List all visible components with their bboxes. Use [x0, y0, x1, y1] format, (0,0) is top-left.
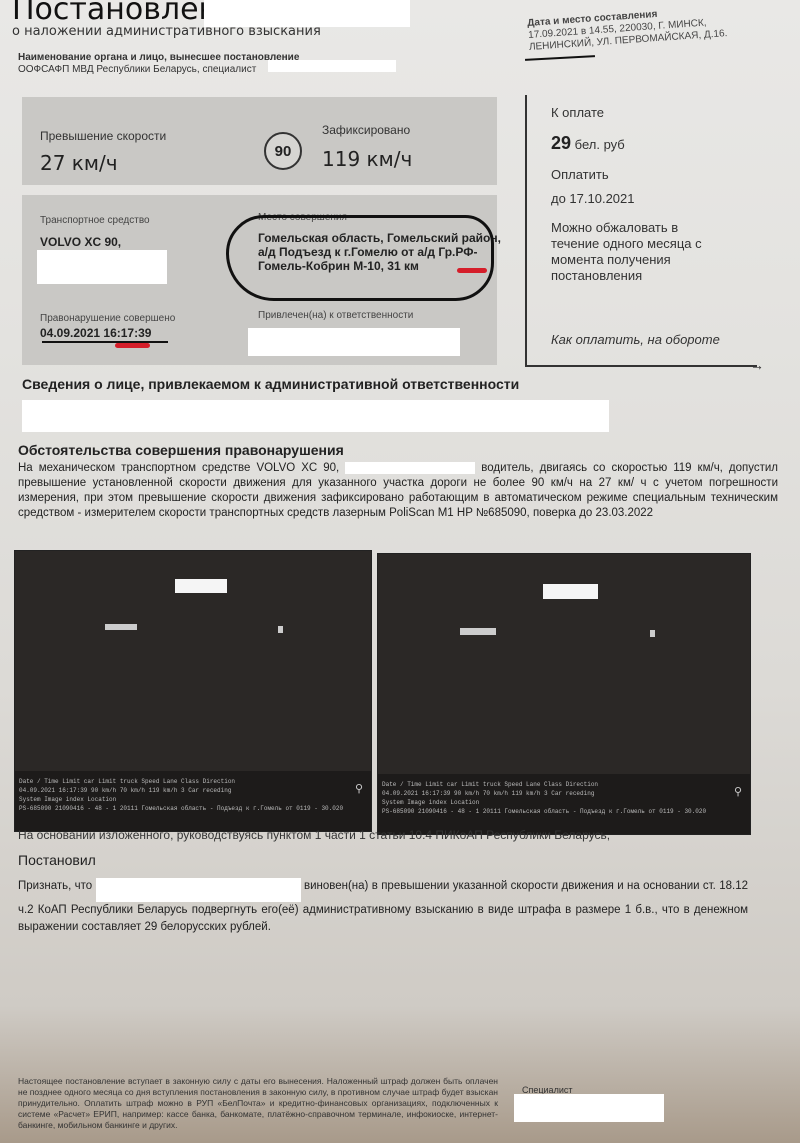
vehicle-value: VOLVO XC 90, [40, 235, 121, 249]
overlay-values: 04.09.2021 16:17:39 90 km/h 70 km/h 119 … [382, 789, 746, 798]
appeal-info: Можно обжаловать в течение одного месяца… [551, 220, 721, 284]
how-to-pay-link[interactable]: Как оплатить, на обороте [551, 332, 720, 347]
excess-label: Превышение скорости [40, 129, 166, 143]
date-place-block: Дата и место составления 17.09.2021 в 14… [527, 4, 728, 54]
redacted-plate-photo [543, 584, 598, 599]
recorded-value: 119 км/ч [322, 147, 412, 171]
redacted-plate [37, 250, 167, 284]
decision-text-part1: Признать, что [18, 880, 92, 892]
redacted-name-inline [96, 878, 301, 902]
overlay-values2: PS-685090 21090416 - 48 - 1 20111 Гомель… [19, 804, 367, 813]
red-marker-annotation [115, 343, 150, 348]
redacted-person-info [22, 400, 609, 432]
amount-row: 29 бел. руб [551, 133, 625, 154]
redacted-liable-person [248, 328, 460, 356]
location-pin-icon: ⚲ [355, 782, 363, 795]
redacted-number [204, 0, 410, 27]
legal-notice: Настоящее постановление вступает в закон… [18, 1076, 498, 1131]
speed-card: Превышение скорости 27 км/ч Зафиксирован… [22, 97, 497, 185]
overlay-values: 04.09.2021 16:17:39 90 km/h 70 km/h 119 … [19, 786, 367, 795]
headlight-marker [278, 626, 283, 633]
issuing-authority-label: Наименование органа и лицо, вынесшее пос… [18, 52, 299, 63]
red-marker-annotation [457, 268, 487, 273]
redacted-plate-photo [175, 579, 227, 593]
camera-info-overlay: Date / Time Limit car Limit truck Speed … [15, 771, 371, 831]
handwritten-circle-annotation [226, 215, 494, 301]
document-subtitle: о наложении административного взыскания [12, 24, 321, 39]
redacted-specialist-signature [514, 1094, 664, 1122]
overlay-header2: System Image index Location [19, 795, 367, 804]
redacted-specialist-name [268, 60, 396, 72]
overlay-values2: PS-685090 21090416 - 48 - 1 20111 Гомель… [382, 807, 746, 816]
camera-info-overlay: Date / Time Limit car Limit truck Speed … [378, 774, 750, 834]
excess-value: 27 км/ч [40, 151, 118, 175]
basis-text: На основании изложенного, руководствуясь… [18, 828, 610, 842]
offense-time-label: Правонарушение совершено [40, 313, 175, 324]
handwritten-underline [525, 55, 595, 61]
currency-label: бел. руб [575, 137, 625, 152]
camera-photo-1: Date / Time Limit car Limit truck Speed … [14, 550, 372, 832]
amount-value: 29 [551, 133, 571, 153]
overlay-header: Date / Time Limit car Limit truck Speed … [19, 777, 367, 786]
headlight-marker [650, 630, 655, 637]
liable-label: Привлечен(на) к ответственности [258, 310, 413, 321]
vehicle-label: Транспортное средство [40, 215, 150, 226]
decision-text: Признать, что виновен(на) в превышении у… [18, 878, 748, 936]
issuing-authority-value: ООФСАФП МВД Республики Беларусь, специал… [18, 64, 256, 75]
recorded-label: Зафиксировано [322, 123, 410, 137]
person-section-heading: Сведения о лице, привлекаемом к админист… [22, 376, 519, 392]
circumstances-text-part1: На механическом транспортном средстве VO… [18, 462, 339, 474]
pay-label: Оплатить [551, 167, 609, 182]
circumstances-text: На механическом транспортном средстве VO… [18, 461, 778, 521]
overlay-header: Date / Time Limit car Limit truck Speed … [382, 780, 746, 789]
speed-limit-sign-icon: 90 [264, 132, 302, 170]
headlight-marker [105, 624, 137, 630]
decision-heading: Постановил [18, 852, 96, 868]
camera-photo-2: Date / Time Limit car Limit truck Speed … [377, 553, 751, 835]
headlight-marker [460, 628, 496, 635]
redacted-plate-inline [345, 462, 475, 474]
payment-panel: К оплате 29 бел. руб Оплатить до 17.10.2… [525, 95, 757, 367]
location-pin-icon: ⚲ [734, 785, 742, 798]
overlay-header2: System Image index Location [382, 798, 746, 807]
arrow-right-icon: → [750, 357, 764, 373]
circumstances-heading: Обстоятельства совершения правонарушения [18, 442, 344, 458]
offense-time-value: 04.09.2021 16:17:39 [40, 326, 151, 340]
to-pay-label: К оплате [551, 105, 604, 120]
due-date: до 17.10.2021 [551, 191, 635, 206]
